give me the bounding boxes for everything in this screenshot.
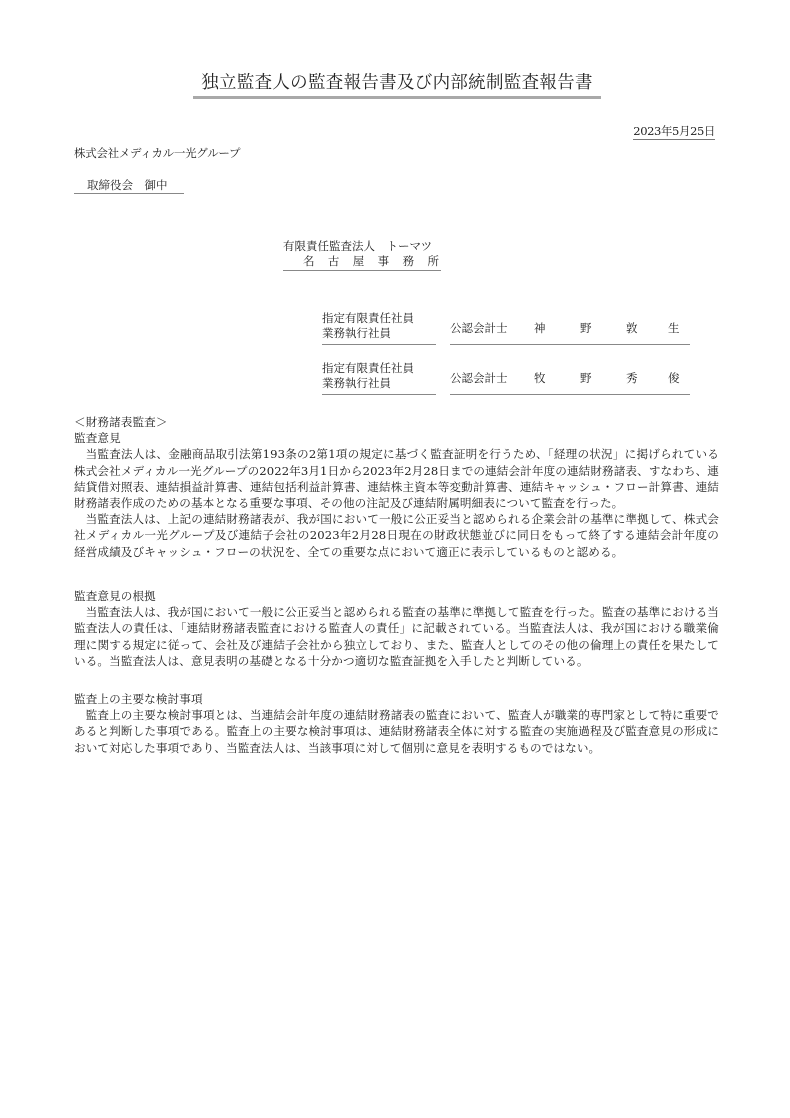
addressee: 取締役会 御中 [74,177,184,194]
signer-name-char: 秀 [626,370,638,386]
signer-name-char: 野 [580,370,592,386]
signer-block-2: 指定有限責任社員 業務執行社員 公認会計士 牧 野 秀 俊 [322,361,690,397]
audit-firm-office: 名 古 屋 事 務 所 [283,254,441,269]
addressee-text: 取締役会 御中 [74,178,168,192]
office-char: 所 [427,254,439,269]
opinion-paragraph: 当監査法人は、金融商品取引法第193条の2第1項の規定に基づく監査証明を行うため… [74,446,719,511]
signer-name-char: 神 [534,320,546,336]
office-char: 務 [403,254,415,269]
opinion-paragraph: 当監査法人は、上記の連結財務諸表が、我が国において一般に公正妥当と認められる企業… [74,511,719,560]
signer-qualification: 公認会計士 [450,370,508,386]
basis-section: 監査意見の根拠 当監査法人は、我が国において一般に公正妥当と認められる監査の基準… [74,588,719,669]
opinion-heading: 監査意見 [74,430,719,446]
basis-heading: 監査意見の根拠 [74,588,719,604]
signer-name-char: 牧 [534,370,546,386]
section-header: ＜財務諸表監査＞ [74,414,719,430]
signer-role-line2: 業務執行社員 [322,326,436,341]
office-char: 事 [378,254,390,269]
audit-report-page: 独立監査人の監査報告書及び内部統制監査報告書 2023年5月25日 株式会社メデ… [0,0,790,1118]
signer-name-char: 俊 [668,370,680,386]
signer-role-line1: 指定有限責任社員 [322,361,436,376]
signer-role: 指定有限責任社員 業務執行社員 [322,361,436,395]
signer-role-line1: 指定有限責任社員 [322,311,436,326]
signer-role-line2: 業務執行社員 [322,376,436,391]
financial-audit-section: ＜財務諸表監査＞ 監査意見 当監査法人は、金融商品取引法第193条の2第1項の規… [74,414,719,560]
key-audit-matters-section: 監査上の主要な検討事項 監査上の主要な検討事項とは、当連結会計年度の連結財務諸表… [74,691,719,756]
signer-name-char: 野 [580,320,592,336]
signer-qualification: 公認会計士 [450,320,508,336]
recipient-company: 株式会社メディカル一光グループ [74,145,240,161]
kam-heading: 監査上の主要な検討事項 [74,691,719,707]
signer-name-char: 敦 [626,320,638,336]
signer-name-char: 生 [668,320,680,336]
office-char: 屋 [353,254,365,269]
document-title: 独立監査人の監査報告書及び内部統制監査報告書 [193,72,601,99]
office-char: 名 [303,254,315,269]
audit-firm-block: 有限責任監査法人 トーマツ 名 古 屋 事 務 所 [283,239,441,271]
office-char: 古 [328,254,340,269]
audit-firm-name: 有限責任監査法人 トーマツ [283,239,441,254]
report-date: 2023年5月25日 [633,124,715,140]
basis-paragraph: 当監査法人は、我が国において一般に公正妥当と認められる監査の基準に準拠して監査を… [74,604,719,669]
signer-role: 指定有限責任社員 業務執行社員 [322,311,436,345]
signer-block-1: 指定有限責任社員 業務執行社員 公認会計士 神 野 敦 生 [322,311,690,347]
kam-paragraph: 監査上の主要な検討事項とは、当連結会計年度の連結財務諸表の監査において、監査人が… [74,707,719,756]
signer-name-box: 公認会計士 神 野 敦 生 [450,311,690,345]
signer-name-box: 公認会計士 牧 野 秀 俊 [450,361,690,395]
